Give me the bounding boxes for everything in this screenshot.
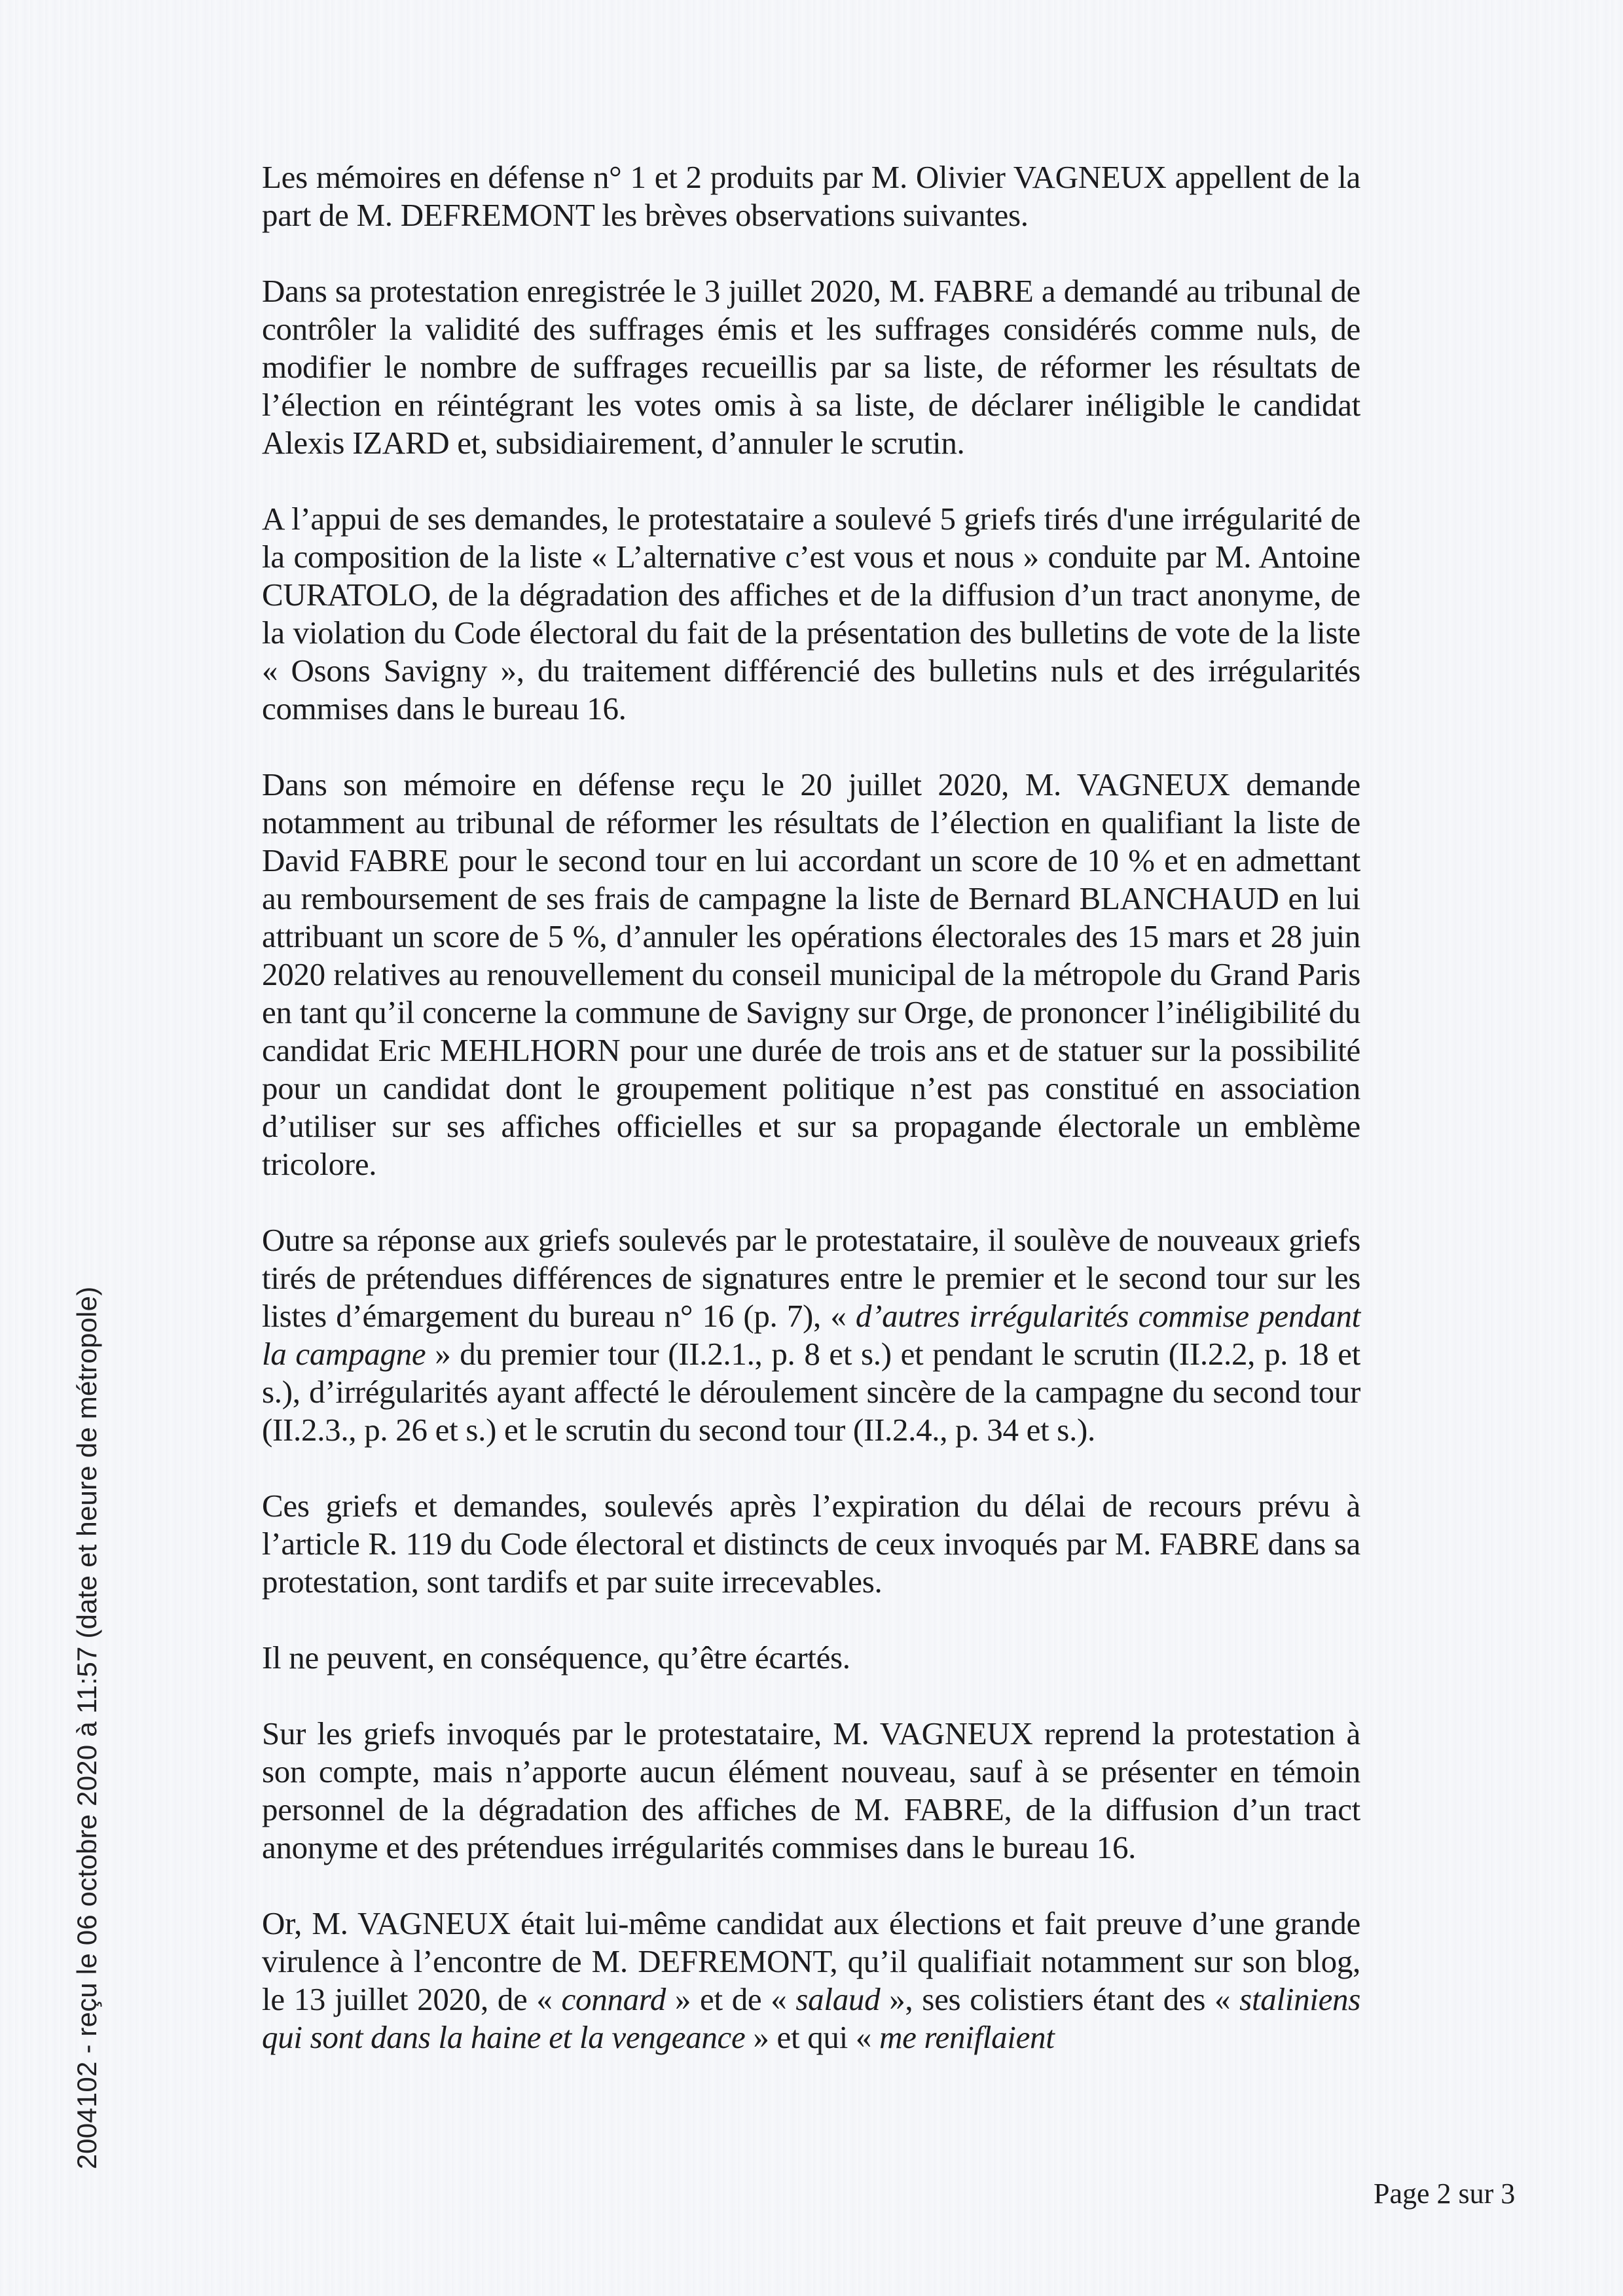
text-run: Les mémoires en défense n° 1 et 2 produi… xyxy=(262,159,1360,233)
text-run: salaud xyxy=(795,1981,880,2017)
text-run: Dans sa protestation enregistrée le 3 ju… xyxy=(262,273,1360,461)
text-run: Dans son mémoire en défense reçu le 20 j… xyxy=(262,766,1360,1182)
text-run: » du premier tour (II.2.1., p. 8 et s.) … xyxy=(262,1336,1360,1448)
paragraph: Dans son mémoire en défense reçu le 20 j… xyxy=(262,766,1360,1183)
text-run: Il ne peuvent, en conséquence, qu’être é… xyxy=(262,1640,850,1676)
paragraph: Il ne peuvent, en conséquence, qu’être é… xyxy=(262,1639,1360,1677)
paragraph: Ces griefs et demandes, soulevés après l… xyxy=(262,1487,1360,1601)
page-number: Page 2 sur 3 xyxy=(1374,2177,1515,2210)
text-run: A l’appui de ses demandes, le protestata… xyxy=(262,501,1360,726)
text-run: Ces griefs et demandes, soulevés après l… xyxy=(262,1488,1360,1600)
text-run: », ses colistiers étant des « xyxy=(880,1981,1239,2017)
text-run: connard xyxy=(562,1981,666,2017)
document-page: { "page": { "background": "#f7f8fb", "te… xyxy=(0,0,1623,2296)
paragraph: Outre sa réponse aux griefs soulevés par… xyxy=(262,1221,1360,1449)
paragraph: A l’appui de ses demandes, le protestata… xyxy=(262,500,1360,728)
text-run: » et qui « xyxy=(745,2019,879,2055)
paragraph: Sur les griefs invoqués par le protestat… xyxy=(262,1715,1360,1867)
text-run: » et de « xyxy=(666,1981,795,2017)
text-run: me reniflaient xyxy=(879,2019,1055,2055)
scan-timestamp-vertical: 2004102 - reçu le 06 octobre 2020 à 11:5… xyxy=(71,1287,103,2170)
paragraph: Les mémoires en défense n° 1 et 2 produi… xyxy=(262,158,1360,234)
document-body: Les mémoires en défense n° 1 et 2 produi… xyxy=(262,158,1360,2094)
paragraph: Or, M. VAGNEUX était lui-même candidat a… xyxy=(262,1905,1360,2056)
paragraph: Dans sa protestation enregistrée le 3 ju… xyxy=(262,272,1360,462)
text-run: Sur les griefs invoqués par le protestat… xyxy=(262,1715,1360,1865)
